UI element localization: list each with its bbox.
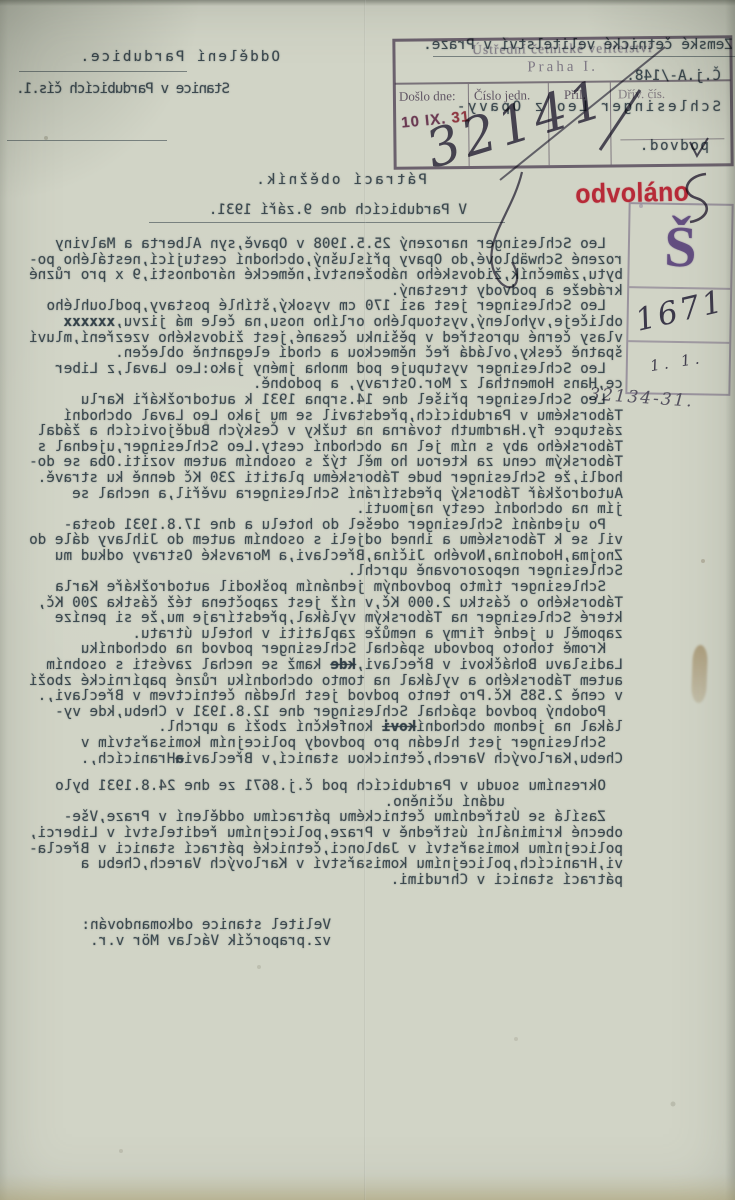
check-mark xyxy=(690,138,708,156)
fold-crease xyxy=(364,0,366,1200)
pen-strokes-layer: 32141 xyxy=(0,0,735,1200)
handwritten-case-number: 32141 xyxy=(419,69,614,181)
ink-s-flourish xyxy=(687,174,707,222)
scanned-document-page: Zemské četnické velitelství v Praze. Č.j… xyxy=(0,0,735,1200)
pen-tail-flourish xyxy=(491,172,522,287)
